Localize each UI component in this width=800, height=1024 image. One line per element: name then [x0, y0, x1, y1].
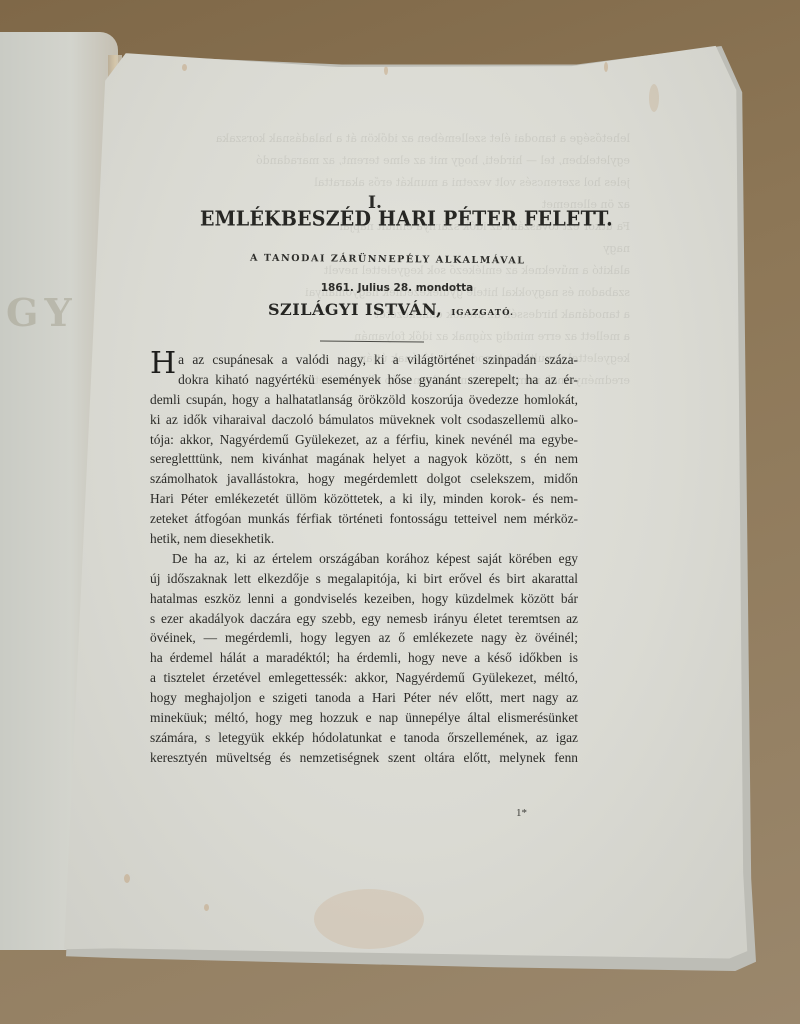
page-title: EMLÉKBESZÉD HARI PÉTER FELETT.	[200, 207, 560, 231]
text-line: ha érdemel hálát a maradéktól; ha érdeml…	[150, 648, 578, 668]
text-line: hatalmas eszköz lenni a gondviselés keze…	[150, 589, 578, 609]
text-line: demli csupán, hogy a halhatatlanság örök…	[150, 390, 578, 410]
paragraph-2: De ha az, ki az értelem országában koráh…	[150, 549, 578, 768]
text-line: új időszaknak lett elkezdője s megalapit…	[150, 569, 578, 589]
text-line: számolhatok javallástokra, hogy megérdem…	[150, 469, 578, 489]
text-line: keresztyén müveltség és nemzetiségnek sz…	[150, 748, 578, 768]
left-page-text-fragment: GY	[6, 290, 78, 335]
author-role: IGAZGATÓ.	[451, 308, 514, 318]
date-line: 1861. Julius 28. mondotta	[312, 282, 482, 294]
text-line: s ezer akadályok daczára egy szebb, egy …	[150, 609, 578, 629]
foxing-spot	[384, 66, 388, 75]
text-line: hetik, nem diesekhetik.	[150, 529, 578, 549]
author-name: SZILÁGYI ISTVÁN,	[268, 300, 442, 319]
text-line: zeteket átfogóan munkás férfiak történet…	[150, 509, 578, 529]
text-line: mineküuk; méltó, hogy meg hozzuk e nap ü…	[150, 708, 578, 728]
text-line: a az csupánesak a valódi nagy, ki a vilá…	[150, 350, 578, 370]
water-stain	[314, 889, 424, 949]
text-line: övéinek, — megérdemli, hogy legyen az ő …	[150, 628, 578, 648]
author-line: SZILÁGYI ISTVÁN, IGAZGATÓ.	[268, 300, 498, 319]
page-signature: 1*	[516, 807, 527, 819]
text-line: számára, s letegyük ekkép hódolatunkat e…	[150, 728, 578, 748]
text-line: dokra kiható nagyértékü események hőse g…	[150, 370, 578, 390]
paragraph-1: H a az csupánesak a valódi nagy, ki a vi…	[150, 350, 578, 549]
text-line: hogy meghajoljon e szigeti tanoda a Hari…	[150, 688, 578, 708]
drop-cap: H	[150, 352, 176, 376]
text-line: De ha az, ki az értelem országában koráh…	[150, 549, 578, 569]
text-line: ki az idők viharaival daczoló bámulatos …	[150, 410, 578, 430]
text-line: seregletttünk, nem kivánhat magának hely…	[150, 449, 578, 469]
body-text: H a az csupánesak a valódi nagy, ki a vi…	[150, 350, 578, 768]
text-line: tója: akkor, Nagyérdemű Gyülekezet, az a…	[150, 430, 578, 450]
text-line: Hari Péter emlékezetét üllöm közöttetek,…	[150, 489, 578, 509]
foxing-spot	[604, 62, 608, 72]
foxing-spot	[649, 84, 659, 112]
foxing-spot	[182, 64, 187, 71]
foxing-spot	[204, 904, 209, 911]
foxing-spot	[124, 874, 130, 883]
text-line: a tisztelet érzetével emlegettessék: akk…	[150, 668, 578, 688]
